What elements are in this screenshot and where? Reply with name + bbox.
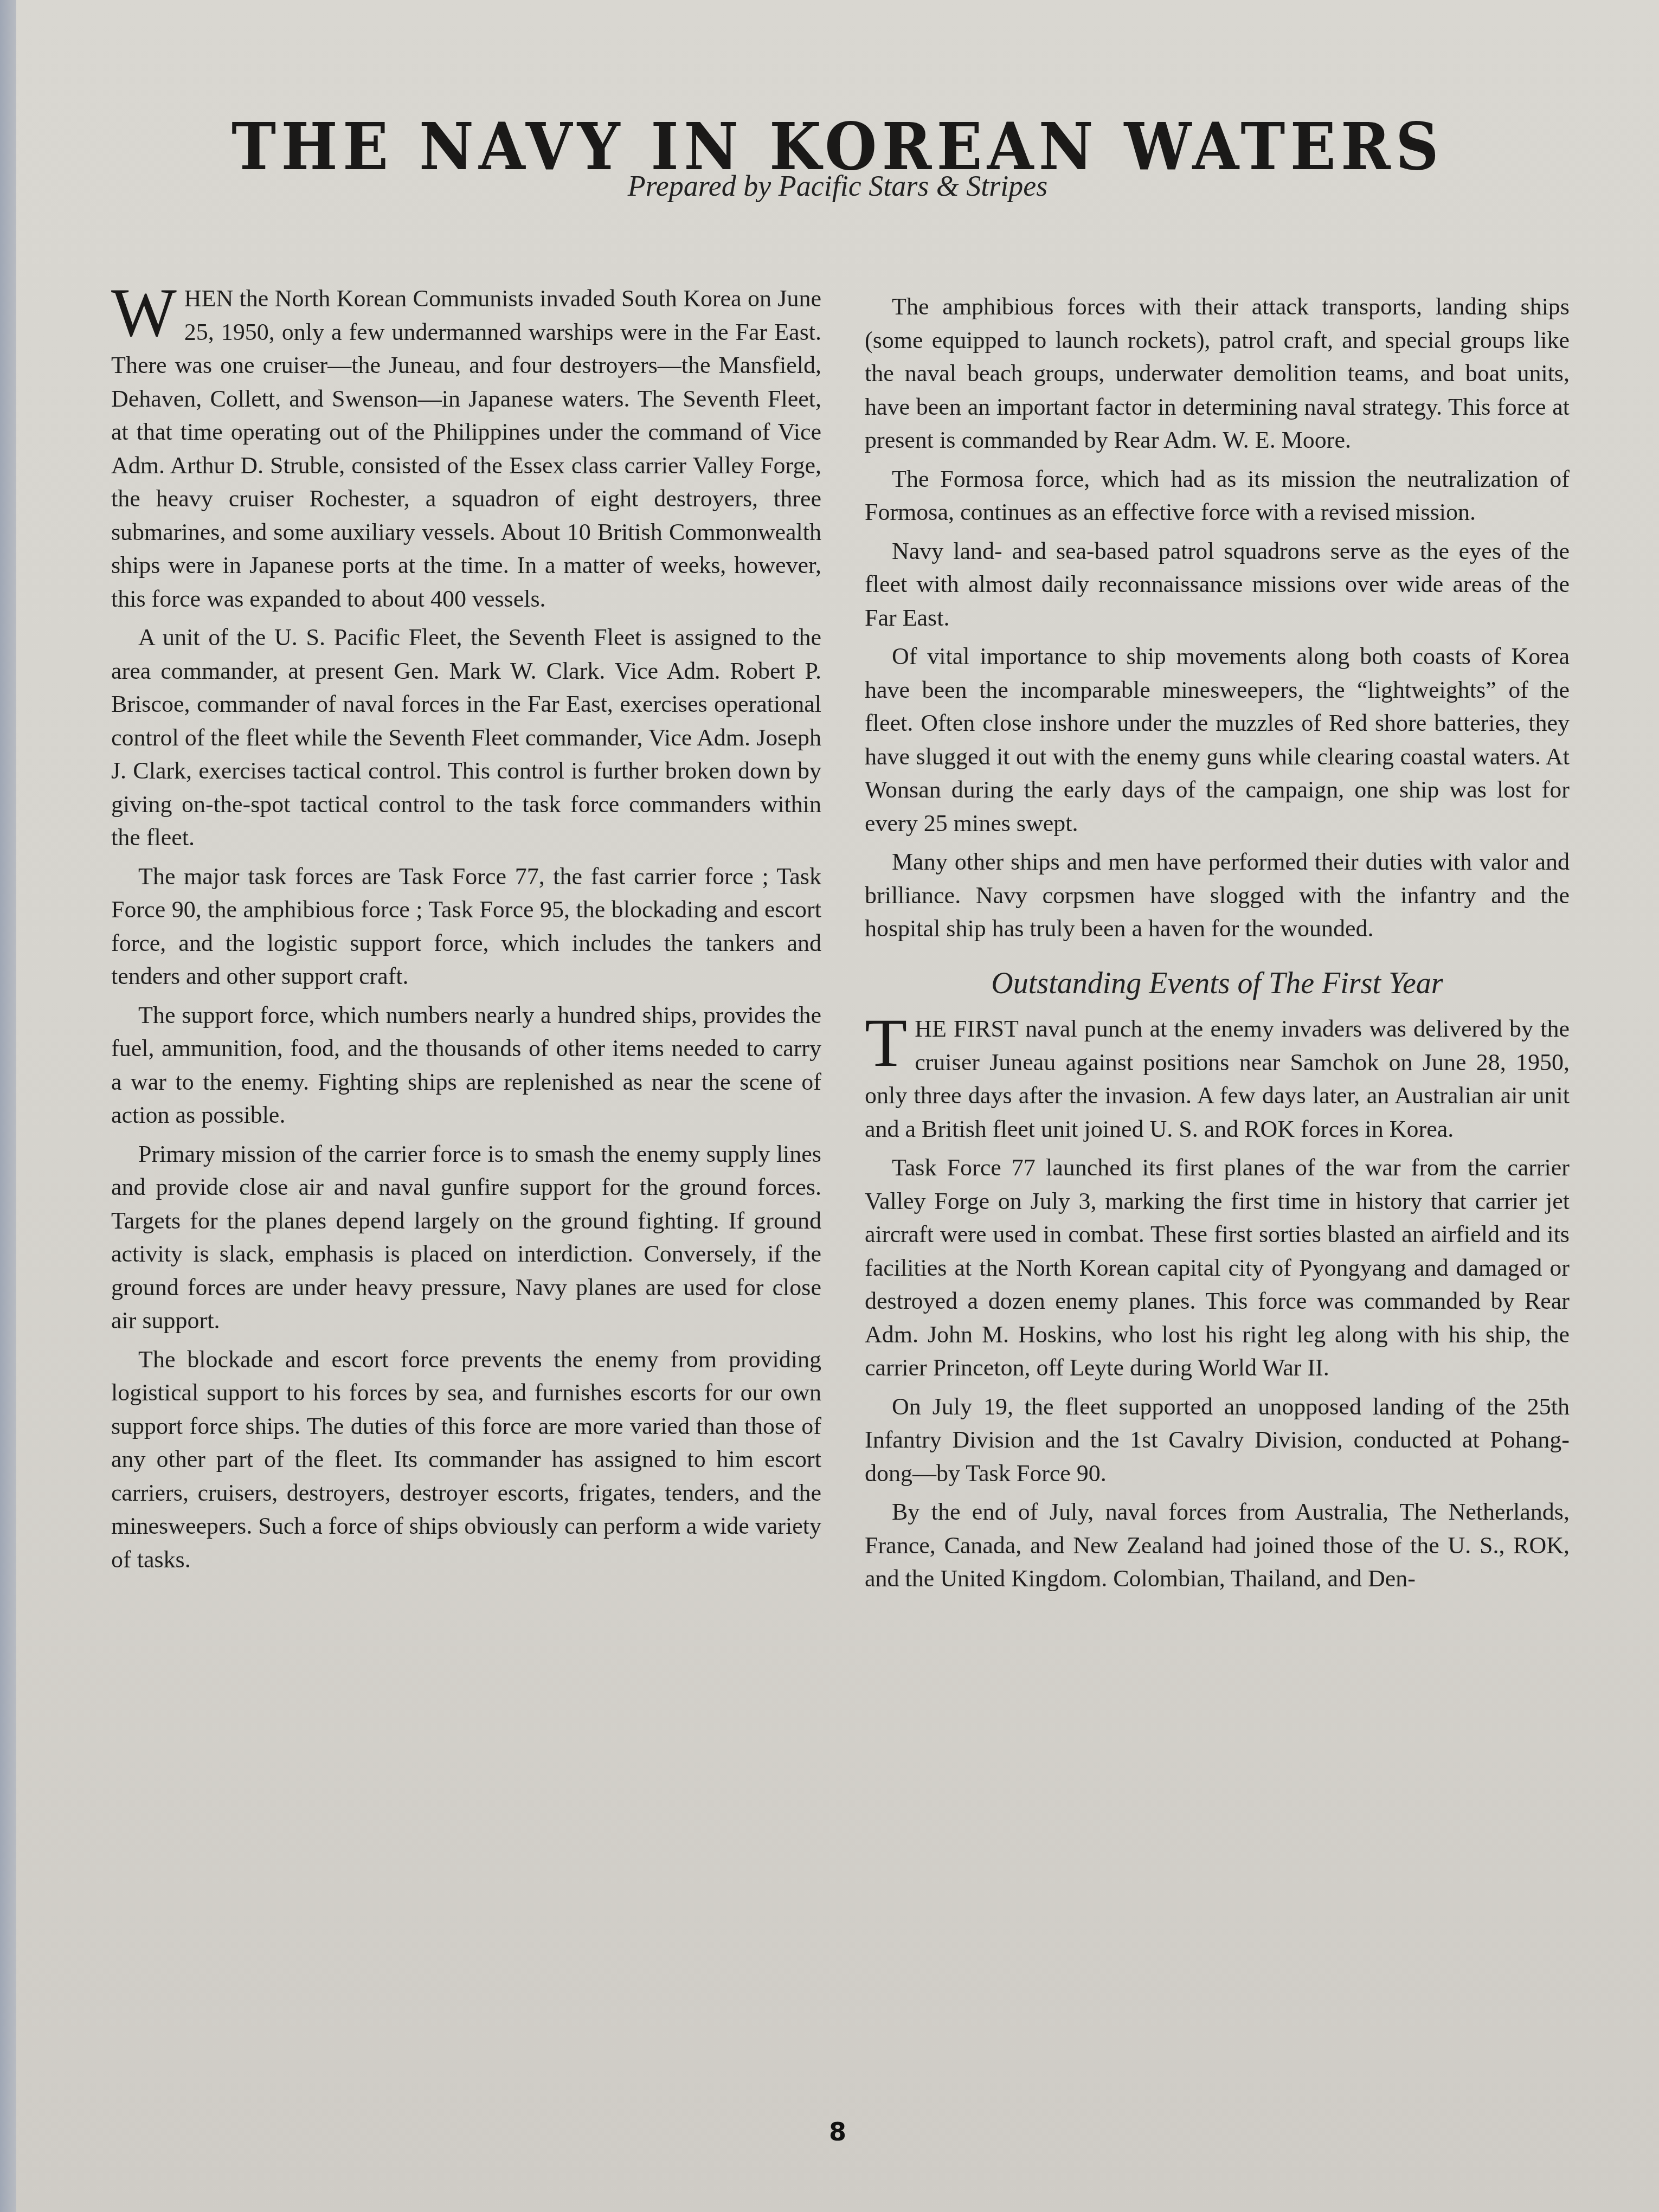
right-column: The amphibious forces with their attack …	[865, 290, 1570, 1601]
paragraph: Task Force 77 launched its first planes …	[865, 1151, 1570, 1385]
paragraph: Many other ships and men have performed …	[865, 845, 1570, 946]
magazine-page: THE NAVY IN KOREAN WATERS Prepared by Pa…	[16, 0, 1659, 2212]
section-lead-text: HE FIRST naval punch at the enemy invade…	[865, 1015, 1570, 1142]
paragraph: By the end of July, naval forces from Au…	[865, 1495, 1570, 1596]
section-heading: Outstanding Events of The First Year	[865, 967, 1570, 1001]
paragraph: On July 19, the fleet supported an unopp…	[865, 1390, 1570, 1490]
binding-edge	[0, 0, 16, 2212]
byline: Prepared by Pacific Stars & Stripes	[16, 169, 1659, 203]
paragraph: The amphibious forces with their attack …	[865, 290, 1570, 457]
lead-text: HEN the North Korean Communists invaded …	[111, 285, 821, 612]
paragraph: A unit of the U. S. Pacific Fleet, the S…	[111, 621, 821, 854]
left-column: WHEN the North Korean Communists invaded…	[111, 282, 821, 1581]
paragraph: The Formosa force, which had as its miss…	[865, 462, 1570, 529]
paragraph: The blockade and escort force prevents t…	[111, 1343, 821, 1577]
drop-cap: W	[111, 285, 177, 339]
paragraph: The major task forces are Task Force 77,…	[111, 860, 821, 993]
paragraph: Of vital importance to ship movements al…	[865, 640, 1570, 840]
paragraph: Navy land- and sea-based patrol squadron…	[865, 535, 1570, 635]
paragraph: Primary mission of the carrier force is …	[111, 1137, 821, 1338]
section-lead-paragraph: THE FIRST naval punch at the enemy invad…	[865, 1012, 1570, 1146]
paragraph: The support force, which numbers nearly …	[111, 999, 821, 1132]
drop-cap: T	[865, 1015, 907, 1070]
lead-paragraph: WHEN the North Korean Communists invaded…	[111, 282, 821, 615]
page-number: 8	[16, 2117, 1659, 2146]
